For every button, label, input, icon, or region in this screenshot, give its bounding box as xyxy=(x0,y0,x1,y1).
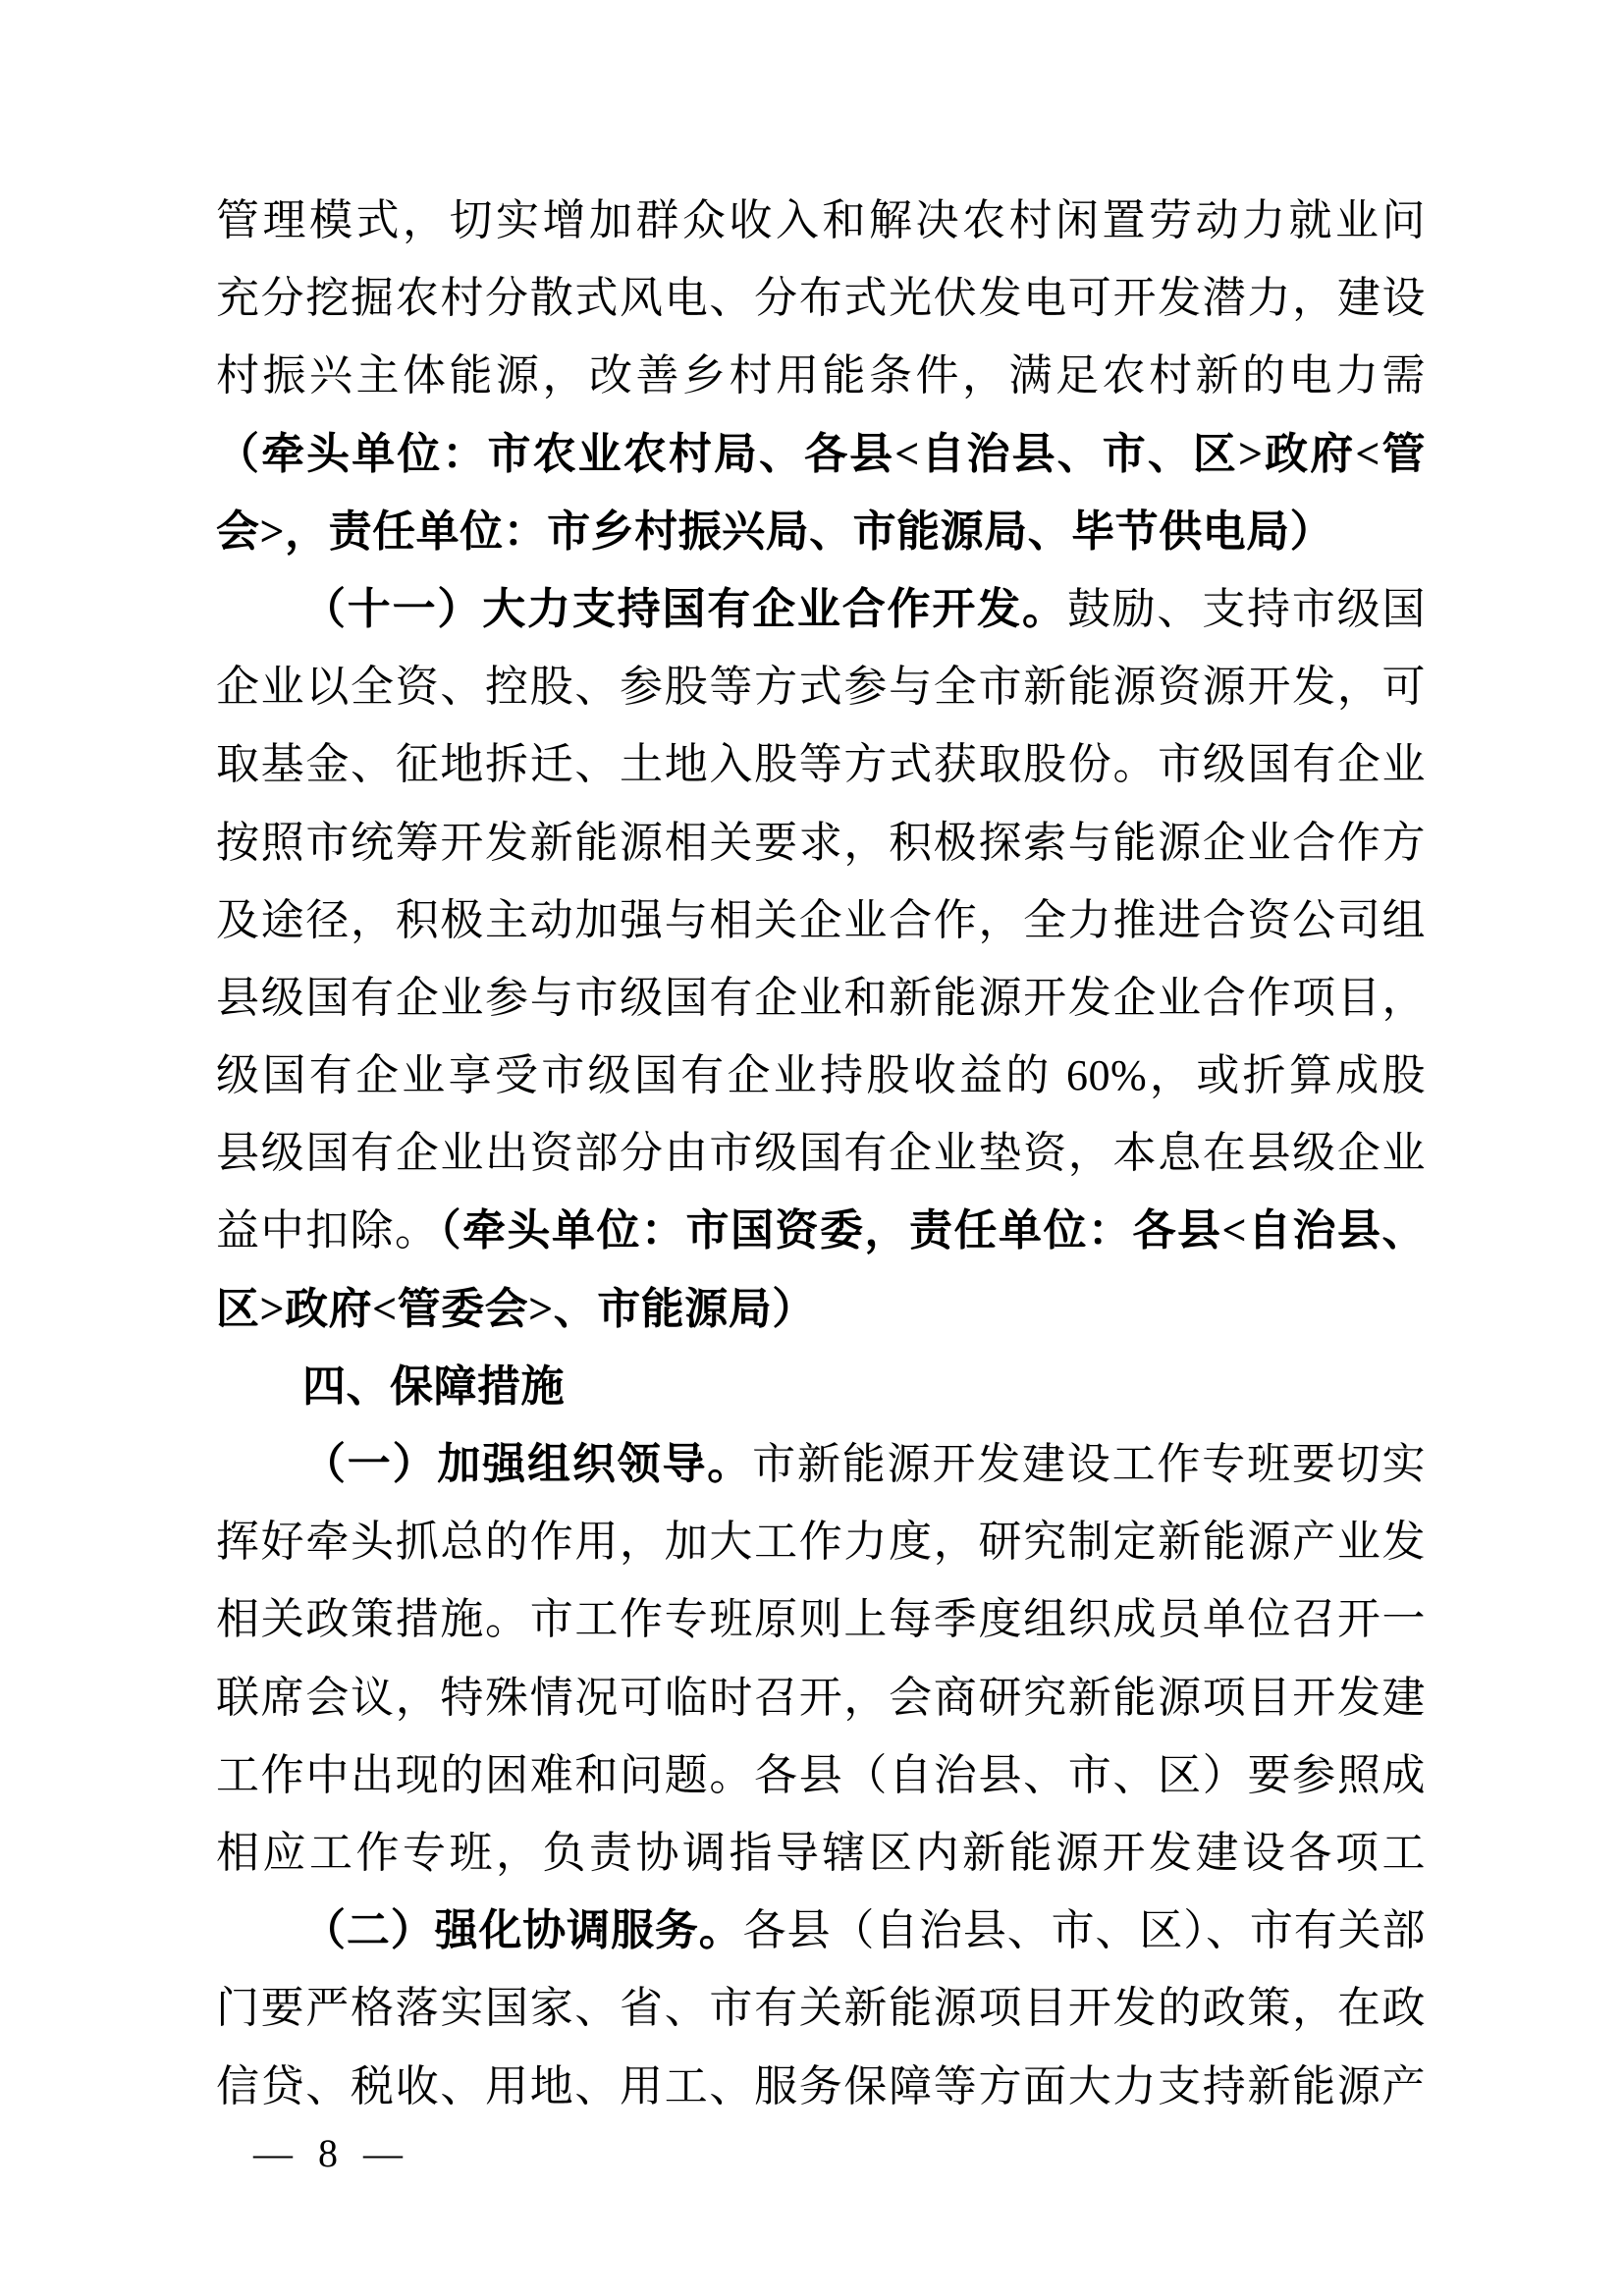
text-segment: 益中扣除。 xyxy=(216,1206,440,1255)
text-segment-kaiti-bold: 会>，责任单位：市乡村振兴局、市能源局、毕节供电局） xyxy=(216,507,1333,556)
text-segment-hei-bold: 四、保障措施 xyxy=(302,1362,565,1411)
text-line-22: 相应工作专班，负责协调指导辖区内新能源开发建设各项工作。 xyxy=(216,1814,1426,1892)
text-line-3: 村振兴主体能源，改善乡村用能条件，满足农村新的电力需求。 xyxy=(216,337,1426,414)
text-segment-kaiti-bold: （牵头单位：市农业农村局、各县<自治县、市、区>政府<管委 xyxy=(216,430,1426,493)
text-line-5: 会>，责任单位：市乡村振兴局、市能源局、毕节供电局） xyxy=(216,493,1426,570)
text-line-1: 管理模式，切实增加群众收入和解决农村闲置劳动力就业问题。 xyxy=(216,182,1426,259)
text-segment: 县级国有企业参与市级国有企业和新能源开发企业合作项目，县 xyxy=(216,974,1426,1037)
text-line-24: 门要严格落实国家、省、市有关新能源项目开发的政策，在政策、 xyxy=(216,1969,1426,2047)
footer-dash-right: — xyxy=(363,2126,403,2181)
footer-dash-left: — xyxy=(253,2126,293,2181)
text-segment: 村振兴主体能源，改善乡村用能条件，满足农村新的电力需求。 xyxy=(216,351,1426,414)
text-line-2: 充分挖掘农村分散式风电、分布式光伏发电可开发潜力，建设乡 xyxy=(216,259,1426,337)
text-line-17: （一）加强组织领导。市新能源开发建设工作专班要切实发 xyxy=(216,1425,1426,1503)
text-segment: 充分挖掘农村分散式风电、分布式光伏发电可开发潜力，建设乡 xyxy=(216,274,1426,337)
text-segment: 县级国有企业出资部分由市级国有企业垫资，本息在县级企业收 xyxy=(216,1129,1426,1192)
text-segment: 相应工作专班，负责协调指导辖区内新能源开发建设各项工作。 xyxy=(216,1829,1426,1892)
text-line-25: 信贷、税收、用地、用工、服务保障等方面大力支持新能源产业 xyxy=(216,2048,1426,2125)
text-line-9: 按照市统筹开发新能源相关要求，积极探索与能源企业合作方法 xyxy=(216,804,1426,881)
text-segment: 按照市统筹开发新能源相关要求，积极探索与能源企业合作方法 xyxy=(216,819,1426,881)
text-segment-hei-bold: （二）强化协调服务。 xyxy=(302,1906,743,1954)
text-line-12: 级国有企业享受市级国有企业持股收益的 60%，或折算成股份， xyxy=(216,1037,1426,1114)
text-segment: 联席会议，特殊情况可临时召开，会商研究新能源项目开发建设 xyxy=(216,1674,1426,1736)
text-segment: 取基金、征地拆迁、土地入股等方式获取股份。市级国有企业要 xyxy=(216,740,1426,803)
text-segment: 企业以全资、控股、参股等方式参与全市新能源资源开发，可采 xyxy=(216,663,1426,725)
text-line-8: 取基金、征地拆迁、土地入股等方式获取股份。市级国有企业要 xyxy=(216,725,1426,803)
page-number: 8 xyxy=(318,2126,338,2181)
text-line-18: 挥好牵头抓总的作用，加大工作力度，研究制定新能源产业发展 xyxy=(216,1503,1426,1580)
text-segment-hei-bold: （一）加强组织领导。 xyxy=(302,1440,752,1488)
text-line-21: 工作中出现的困难和问题。各县（自治县、市、区）要参照成立 xyxy=(216,1736,1426,1814)
text-segment: 信贷、税收、用地、用工、服务保障等方面大力支持新能源产业 xyxy=(216,2062,1426,2125)
text-segment: 工作中出现的困难和问题。各县（自治县、市、区）要参照成立 xyxy=(216,1751,1426,1814)
text-line-14: 益中扣除。（牵头单位：市国资委，责任单位：各县<自治县、市、 xyxy=(216,1192,1426,1269)
text-segment: 门要严格落实国家、省、市有关新能源项目开发的政策，在政策、 xyxy=(216,1984,1426,2047)
text-segment-hei-bold: （十一）大力支持国有企业合作开发。 xyxy=(302,585,1067,633)
text-line-11: 县级国有企业参与市级国有企业和新能源开发企业合作项目，县 xyxy=(216,959,1426,1037)
text-line-23: （二）强化协调服务。各县（自治县、市、区）、市有关部 xyxy=(216,1892,1426,1969)
text-line-15: 区>政府<管委会>、市能源局） xyxy=(216,1270,1426,1348)
document-page: 管理模式，切实增加群众收入和解决农村闲置劳动力就业问题。充分挖掘农村分散式风电、… xyxy=(0,0,1623,2296)
text-segment: 及途径，积极主动加强与相关企业合作，全力推进合资公司组建。 xyxy=(216,896,1426,959)
text-line-10: 及途径，积极主动加强与相关企业合作，全力推进合资公司组建。 xyxy=(216,881,1426,959)
text-line-13: 县级国有企业出资部分由市级国有企业垫资，本息在县级企业收 xyxy=(216,1114,1426,1192)
text-segment: 级国有企业享受市级国有企业持股收益的 60%，或折算成股份， xyxy=(216,1051,1426,1114)
text-line-4: （牵头单位：市农业农村局、各县<自治县、市、区>政府<管委 xyxy=(216,415,1426,493)
document-body: 管理模式，切实增加群众收入和解决农村闲置劳动力就业问题。充分挖掘农村分散式风电、… xyxy=(216,182,1426,2125)
page-footer: — 8 — xyxy=(253,2126,403,2181)
text-line-16: 四、保障措施 xyxy=(216,1348,1426,1425)
text-line-6: （十一）大力支持国有企业合作开发。鼓励、支持市级国有 xyxy=(216,570,1426,648)
text-segment: 管理模式，切实增加群众收入和解决农村闲置劳动力就业问题。 xyxy=(216,196,1426,259)
text-line-19: 相关政策措施。市工作专班原则上每季度组织成员单位召开一次 xyxy=(216,1580,1426,1658)
text-segment-kaiti-bold: 区>政府<管委会>、市能源局） xyxy=(216,1285,816,1333)
text-line-20: 联席会议，特殊情况可临时召开，会商研究新能源项目开发建设 xyxy=(216,1659,1426,1736)
text-segment: 各县（自治县、市、区）、市有关部 xyxy=(743,1906,1426,1954)
text-segment: 挥好牵头抓总的作用，加大工作力度，研究制定新能源产业发展 xyxy=(216,1518,1426,1580)
text-line-7: 企业以全资、控股、参股等方式参与全市新能源资源开发，可采 xyxy=(216,648,1426,725)
text-segment: 相关政策措施。市工作专班原则上每季度组织成员单位召开一次 xyxy=(216,1595,1426,1658)
